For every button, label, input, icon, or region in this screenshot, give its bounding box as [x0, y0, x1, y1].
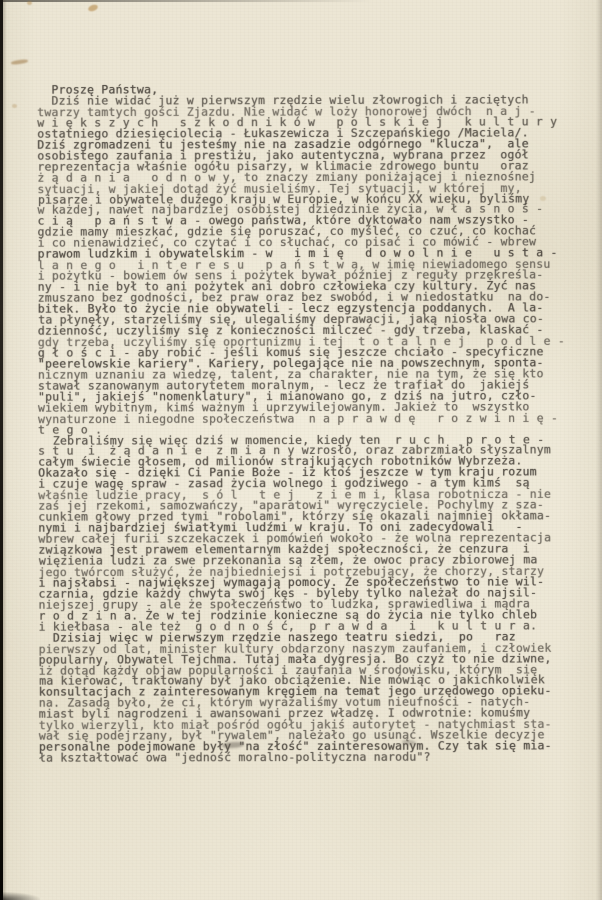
scan-edge-right — [596, 0, 602, 900]
scan-edge-top — [0, 0, 373, 2]
typewritten-text: Proszę Państwa, Dziś nie widać już w pie… — [37, 83, 579, 764]
foxing-spot — [87, 3, 98, 12]
foxing-dash — [11, 59, 28, 65]
scan-edge-left — [0, 0, 3, 900]
scanned-page: Proszę Państwa, Dziś nie widać już w pie… — [0, 0, 602, 900]
foxing-spot — [12, 104, 17, 108]
text-line: ła kształtować owa "jedność moralno-poli… — [39, 751, 579, 763]
scan-corner-bottom-left — [0, 892, 40, 900]
